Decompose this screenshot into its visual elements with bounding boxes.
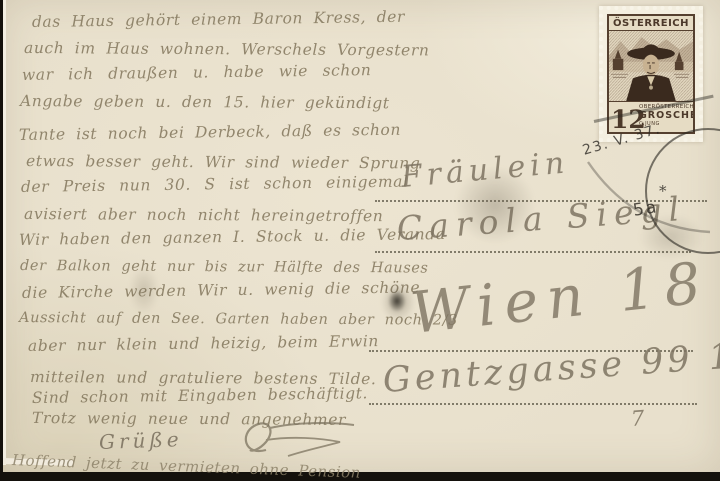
message-line: der Preis nun 30. S ist schon einigemal <box>21 173 395 205</box>
postage-stamp: ÖSTERREICH <box>599 6 703 142</box>
card-left-edge <box>3 0 6 465</box>
postcard-scan: das Haus gehört einem Baron Kress, der a… <box>0 0 720 481</box>
stamp-costume-illustration <box>609 31 693 101</box>
address-dotted-line <box>369 403 697 405</box>
message-line: Tante ist noch bei Derbeck, daß es schon <box>19 120 395 152</box>
stamp-country-label: ÖSTERREICH <box>609 16 693 31</box>
message-text: das Haus gehört einem Baron Kress, der a… <box>19 13 395 430</box>
message-line: die Kirche werden Wir u. wenig die schön… <box>22 279 395 311</box>
postcard-back: das Haus gehört einem Baron Kress, der a… <box>3 0 720 472</box>
message-line: das Haus gehört einem Baron Kress, der <box>32 8 395 39</box>
message-line: Sind schon mit Eingaben beschäftigt. <box>32 384 395 410</box>
message-line: Wir haben den ganzen I. Stock u. die Ver… <box>19 226 395 258</box>
smudge <box>129 266 159 314</box>
address-street: Gentzgasse 99 1/ <box>382 335 720 401</box>
message-line: Angabe geben u. den 15. hier gekündigt <box>20 92 395 121</box>
address-door-number: 7 <box>630 406 645 431</box>
postmark-office-code: 5a <box>632 197 660 221</box>
message-line: war ich draußen u. habe wie schon <box>22 61 395 93</box>
message-line: aber nur klein und heizig, beim Erwin <box>28 332 395 364</box>
address-city: Wien 18 <box>408 250 713 347</box>
stamp-portrait <box>609 31 693 101</box>
address-dotted-line <box>375 251 691 253</box>
message-postscript: Hoffend jetzt zu vermieten ohne Pension <box>12 451 452 481</box>
message-closing: Grüße <box>99 427 183 454</box>
smudge <box>455 166 535 244</box>
ink-spot <box>388 290 406 312</box>
postmark-star: * <box>659 182 667 200</box>
